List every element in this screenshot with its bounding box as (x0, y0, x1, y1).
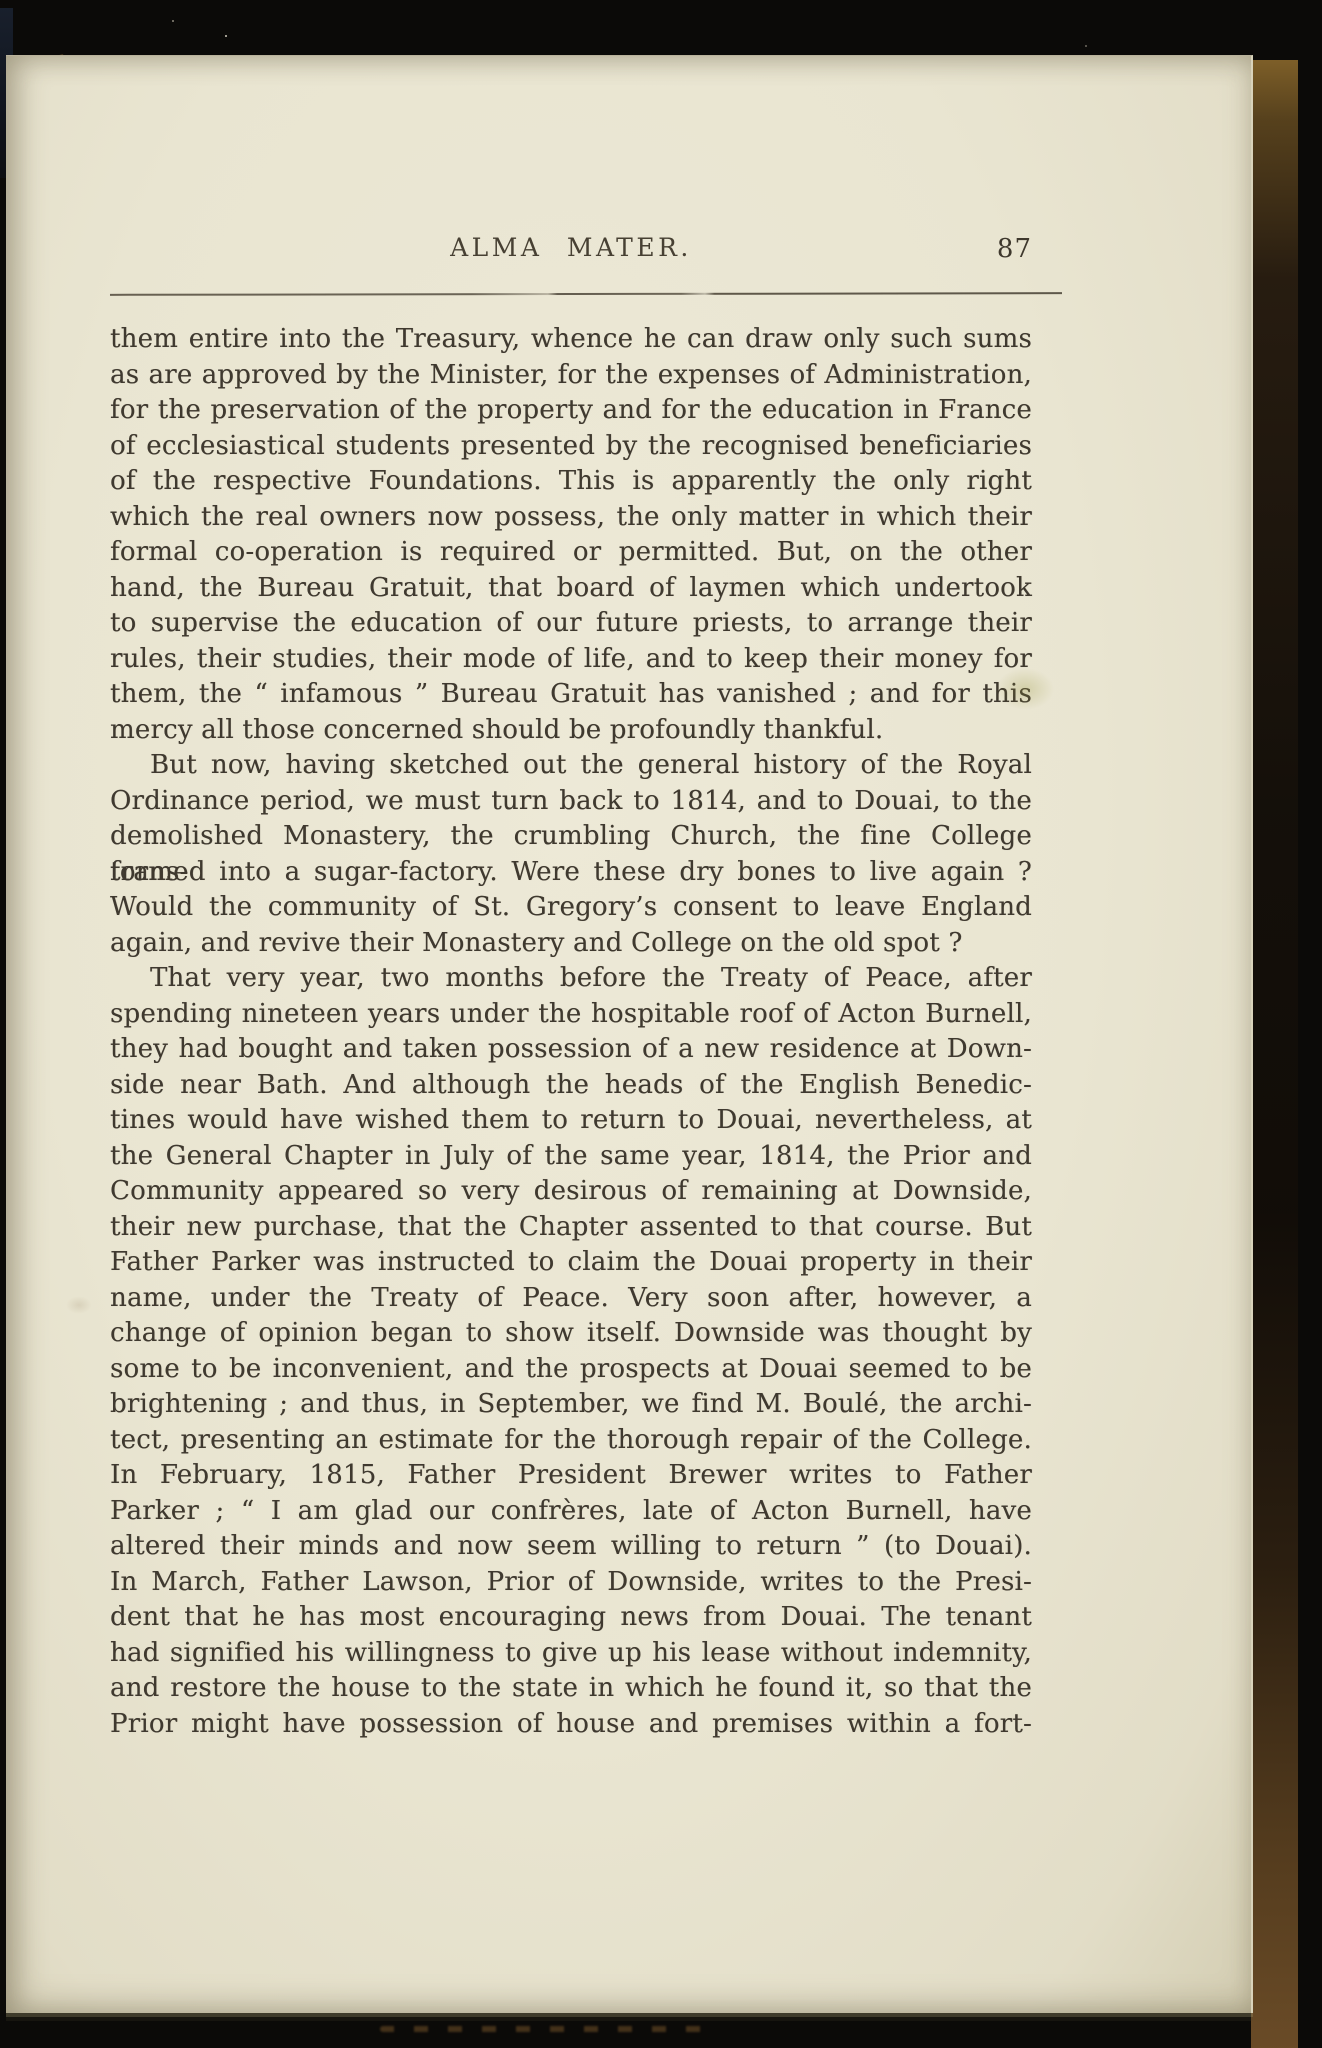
page-number: 87 (997, 234, 1032, 264)
text-line: formed into a sugar-factory. Were these … (110, 855, 1032, 891)
page-stain (66, 1296, 92, 1314)
text-line: side near Bath. And although the heads o… (110, 1068, 1032, 1104)
body-text: them entire into the Treasury, whence he… (110, 322, 1032, 1742)
text-line: spending nineteen years under the hospit… (110, 997, 1032, 1033)
text-line: to supervise the education of our future… (110, 606, 1032, 642)
text-line: them, the “ infamous ” Bureau Gratuit ha… (110, 677, 1032, 713)
text-line: dent that he has most encouraging news f… (110, 1600, 1032, 1636)
text-line: formal co-operation is required or permi… (110, 535, 1032, 571)
text-line: Ordinance period, we must turn back to 1… (110, 784, 1032, 820)
text-line: That very year, two months before the Tr… (110, 961, 1032, 997)
text-line: altered their minds and now seem willing… (110, 1529, 1032, 1565)
dust-specks (225, 35, 227, 37)
text-line: Community appeared so very desirous of r… (110, 1174, 1032, 1210)
text-line: demolished Monastery, the crumbling Chur… (110, 819, 1032, 855)
text-line: for the preservation of the property and… (110, 393, 1032, 429)
book-page: ALMA MATER. 87 them entire into the Trea… (6, 55, 1253, 2013)
text-line: and restore the house to the state in wh… (110, 1671, 1032, 1707)
text-line: again, and revive their Monastery and Co… (110, 926, 1032, 962)
text-line: tines would have wished them to return t… (110, 1103, 1032, 1139)
text-line: some to be inconvenient, and the prospec… (110, 1352, 1032, 1388)
text-line: of ecclesiastical students presented by … (110, 429, 1032, 465)
text-line: brightening ; and thus, in September, we… (110, 1387, 1032, 1423)
text-line: mercy all those concerned should be prof… (110, 713, 1032, 749)
text-line: Prior might have possession of house and… (110, 1707, 1032, 1743)
text-line: But now, having sketched out the general… (110, 748, 1032, 784)
text-line: of the respective Foundations. This is a… (110, 464, 1032, 500)
text-line: them entire into the Treasury, whence he… (110, 322, 1032, 358)
text-line: Father Parker was instructed to claim th… (110, 1245, 1032, 1281)
text-line: In March, Father Lawson, Prior of Downsi… (110, 1565, 1032, 1601)
text-line: name, under the Treaty of Peace. Very so… (110, 1281, 1032, 1317)
text-line: their new purchase, that the Chapter ass… (110, 1210, 1032, 1246)
text-line: Parker ; “ I am glad our confrères, late… (110, 1494, 1032, 1530)
header-rule (110, 292, 1062, 296)
text-line: hand, the Bureau Gratuit, that board of … (110, 571, 1032, 607)
page-bottom-edge-marks (380, 2026, 710, 2032)
text-line: In February, 1815, Father President Brew… (110, 1458, 1032, 1494)
book-fore-edge (1251, 60, 1298, 2048)
text-line: the General Chapter in July of the same … (110, 1139, 1032, 1175)
text-line: had signified his willingness to give up… (110, 1636, 1032, 1672)
text-line: Would the community of St. Gregory’s con… (110, 890, 1032, 926)
page-title: ALMA MATER. (110, 233, 1032, 262)
running-head: ALMA MATER. 87 (110, 233, 1032, 265)
text-line: rules, their studies, their mode of life… (110, 642, 1032, 678)
text-line: they had bought and taken possession of … (110, 1032, 1032, 1068)
text-line: tect, presenting an estimate for the tho… (110, 1423, 1032, 1459)
text-line: which the real owners now possess, the o… (110, 500, 1032, 536)
scanned-book-photo: ALMA MATER. 87 them entire into the Trea… (0, 0, 1322, 2048)
text-line: change of opinion began to show itself. … (110, 1316, 1032, 1352)
text-line: as are approved by the Minister, for the… (110, 358, 1032, 394)
